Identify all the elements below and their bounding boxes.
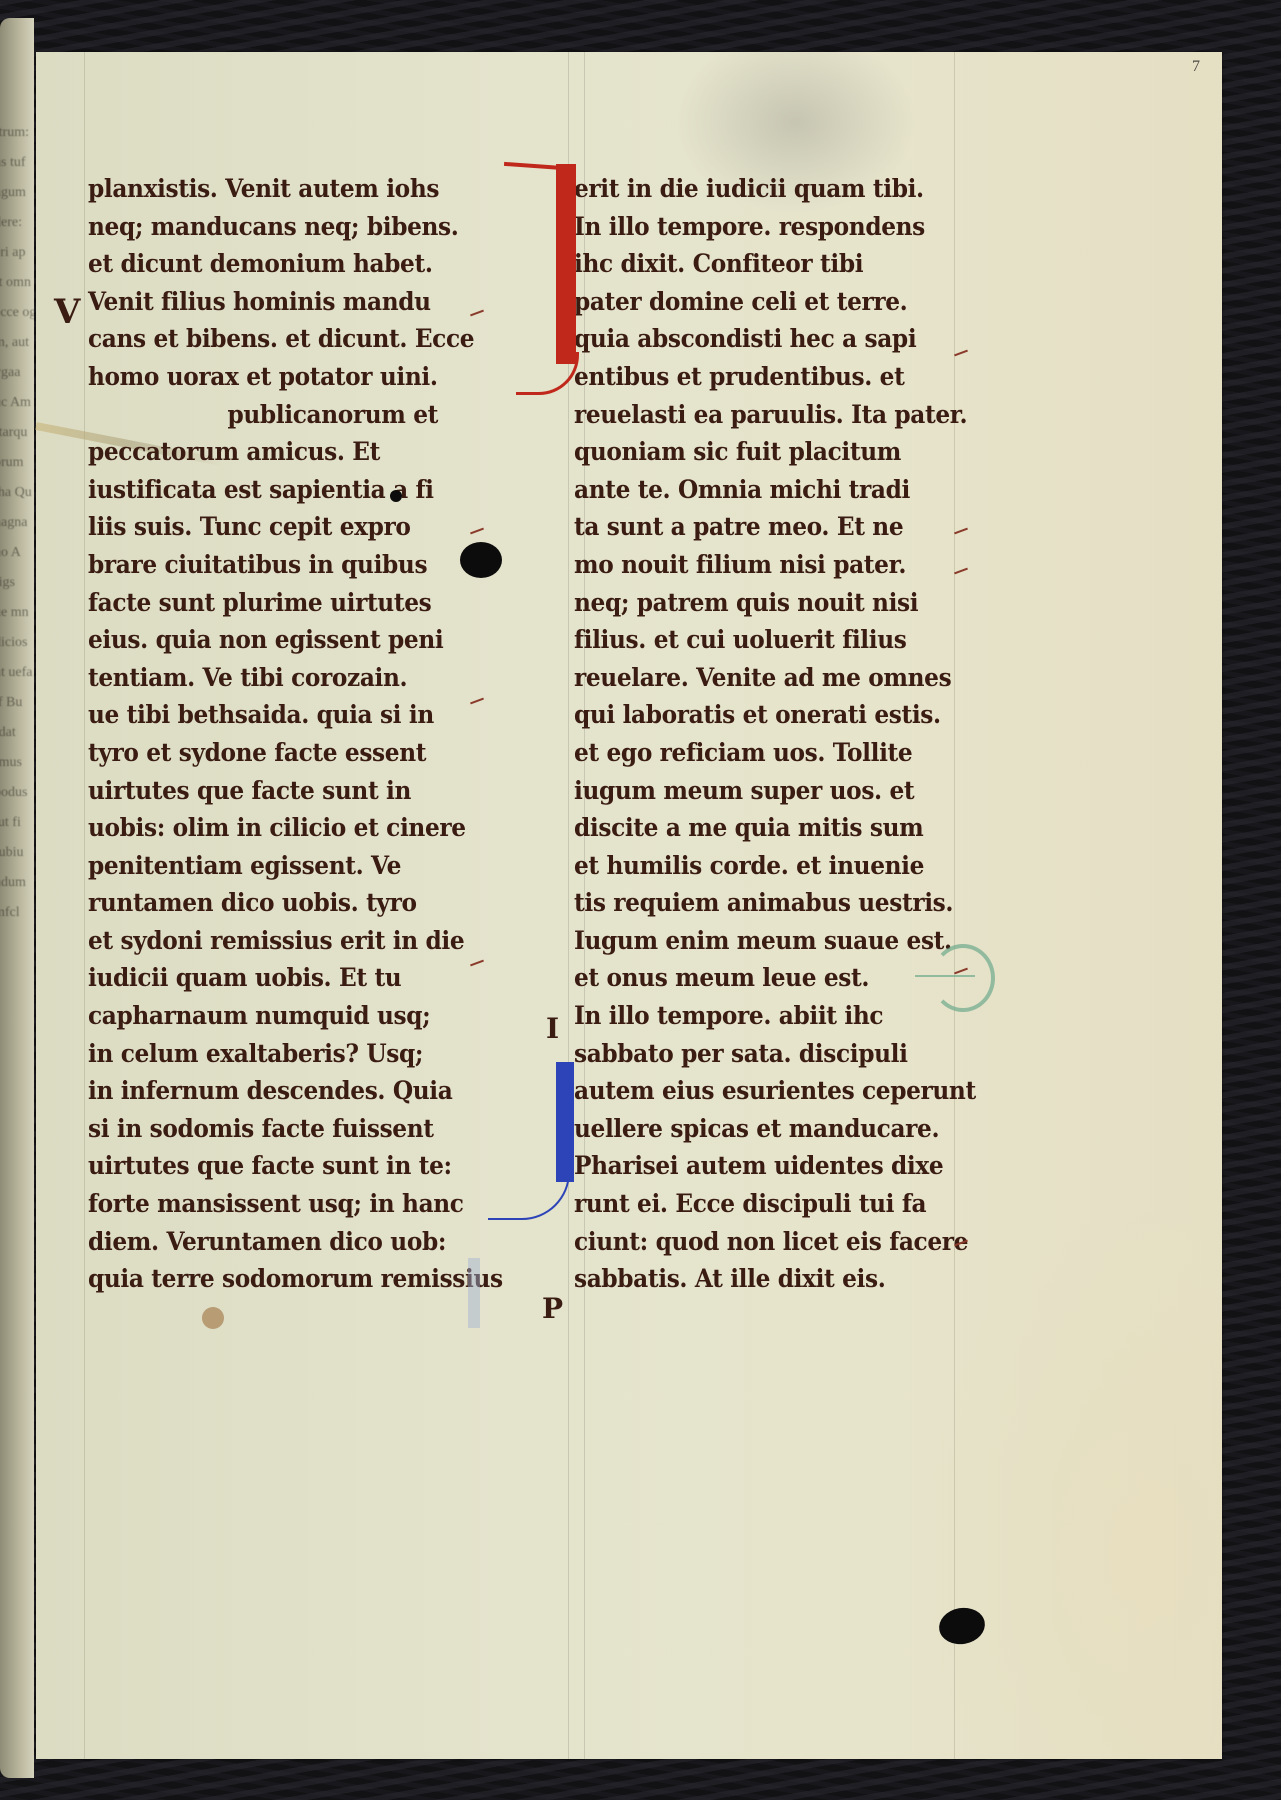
facing-page-line: dicios bbox=[0, 628, 34, 658]
facing-page-text: ftrum:ns tufngumdere:eri apft omnecce og… bbox=[0, 118, 34, 928]
facing-page-line: nagna bbox=[0, 508, 34, 538]
facing-page-line: ngum bbox=[0, 178, 34, 208]
facing-page-line: rdat bbox=[0, 718, 34, 748]
text-line: eius. quia non egissent peni bbox=[88, 621, 479, 659]
text-line: uellere spicas et manducare. bbox=[574, 1110, 965, 1148]
text-line: tis requiem animabus uestris. bbox=[574, 884, 965, 922]
text-line: ciunt: quod non licet eis facere bbox=[574, 1223, 965, 1261]
text-line: pater domine celi et terre. bbox=[574, 283, 965, 321]
text-line: Iugum enim meum suaue est. bbox=[574, 922, 965, 960]
text-line: capharnaum numquid usq; bbox=[88, 997, 479, 1035]
facing-page-line: uc Am bbox=[0, 388, 34, 418]
facing-page-line: ue mn bbox=[0, 598, 34, 628]
facing-page-line: ftrum: bbox=[0, 118, 34, 148]
text-line: iustificata est sapientia a fi bbox=[88, 471, 479, 509]
facing-page-line: rigs bbox=[0, 568, 34, 598]
facing-page-line: lut fi bbox=[0, 808, 34, 838]
text-line: planxistis. Venit autem iohs bbox=[88, 170, 479, 208]
text-line: homo uorax et potator uini. bbox=[88, 358, 479, 396]
facing-page-line: dere: bbox=[0, 208, 34, 238]
stain bbox=[202, 1307, 224, 1329]
text-line: Pharisei autem uidentes dixe bbox=[574, 1147, 965, 1185]
text-line: et sydoni remissius erit in die bbox=[88, 922, 479, 960]
facing-page-line: orum bbox=[0, 448, 34, 478]
facing-page-line: rmus bbox=[0, 748, 34, 778]
text-line: et ego reficiam uos. Tollite bbox=[574, 734, 965, 772]
text-line: ta sunt a patre meo. Et ne bbox=[574, 508, 965, 546]
text-line: in celum exaltaberis? Usq; bbox=[88, 1035, 479, 1073]
text-line: iudicii quam uobis. Et tu bbox=[88, 959, 479, 997]
text-line: et onus meum leue est. bbox=[574, 959, 965, 997]
text-line: discite a me quia mitis sum bbox=[574, 809, 965, 847]
text-line: si in sodomis facte fuissent bbox=[88, 1110, 479, 1148]
text-line: quia terre sodomorum remissius bbox=[88, 1260, 479, 1298]
text-line: uobis: olim in cilicio et cinere bbox=[88, 809, 479, 847]
facing-page-line: eri ap bbox=[0, 238, 34, 268]
text-line: quia abscondisti hec a sapi bbox=[574, 320, 965, 358]
parchment-hole bbox=[936, 1604, 988, 1647]
text-line: ue tibi bethsaida. quia si in bbox=[88, 696, 479, 734]
text-line: quoniam sic fuit placitum bbox=[574, 433, 965, 471]
blue-offset-mark bbox=[468, 1258, 480, 1328]
parchment-hole bbox=[390, 490, 402, 502]
text-line: uirtutes que facte sunt in bbox=[88, 772, 479, 810]
text-line: penitentiam egissent. Ve bbox=[88, 847, 479, 885]
blue-initial-tail bbox=[488, 1172, 570, 1220]
facing-page-line: nt uefa bbox=[0, 658, 34, 688]
text-line: neq; patrem quis nouit nisi bbox=[574, 584, 965, 622]
guide-letter-i: I bbox=[546, 1012, 559, 1045]
facing-page-line: m, aut bbox=[0, 328, 34, 358]
text-line: ihc dixit. Confiteor tibi bbox=[574, 245, 965, 283]
guide-letter-v: V bbox=[54, 292, 80, 332]
text-line: tyro et sydone facte essent bbox=[88, 734, 479, 772]
text-line: tentiam. Ve tibi corozain. bbox=[88, 659, 479, 697]
facing-page-line: rubiu bbox=[0, 838, 34, 868]
facing-page-line: vgaa bbox=[0, 358, 34, 388]
facing-page-line: no A bbox=[0, 538, 34, 568]
text-line: reuelare. Venite ad me omnes bbox=[574, 659, 965, 697]
text-line: entibus et prudentibus. et bbox=[574, 358, 965, 396]
facing-page-edge: ftrum:ns tufngumdere:eri apft omnecce og… bbox=[0, 18, 34, 1778]
left-column: planxistis. Venit autem iohsneq; manduca… bbox=[88, 170, 508, 1298]
blue-initial-i bbox=[556, 1062, 574, 1182]
text-line: In illo tempore. abiit ihc bbox=[574, 997, 965, 1035]
red-initial-tail bbox=[516, 352, 579, 395]
text-line: erit in die iudicii quam tibi. bbox=[574, 170, 965, 208]
text-line: iugum meum super uos. et bbox=[574, 772, 965, 810]
text-line: reuelasti ea paruulis. Ita pater. bbox=[574, 396, 965, 434]
text-line: runtamen dico uobis. tyro bbox=[88, 884, 479, 922]
text-line: sabbatis. At ille dixit eis. bbox=[574, 1260, 965, 1298]
text-line: publicanorum et bbox=[88, 396, 479, 434]
text-line: diem. Veruntamen dico uob: bbox=[88, 1223, 479, 1261]
text-line: filius. et cui uoluerit filius bbox=[574, 621, 965, 659]
text-line: sabbato per sata. discipuli bbox=[574, 1035, 965, 1073]
facing-page-line: if Bu bbox=[0, 688, 34, 718]
text-line: mo nouit filium nisi pater. bbox=[574, 546, 965, 584]
manuscript-leaf: 7 planxistis. Venit autem iohsneq; mandu… bbox=[36, 52, 1222, 1759]
text-line: liis suis. Tunc cepit expro bbox=[88, 508, 479, 546]
facing-page-line: ndum bbox=[0, 868, 34, 898]
facing-page-line: bodus bbox=[0, 778, 34, 808]
text-line: autem eius esurientes ceperunt bbox=[574, 1072, 965, 1110]
text-line: brare ciuitatibus in quibus bbox=[88, 546, 479, 584]
text-line: forte mansissent usq; in hanc bbox=[88, 1185, 479, 1223]
green-initial-offset-e bbox=[931, 944, 995, 1012]
ruling-line bbox=[84, 52, 85, 1759]
text-line: et humilis corde. et inuenie bbox=[574, 847, 965, 885]
text-line: qui laboratis et onerati estis. bbox=[574, 696, 965, 734]
text-line: neq; manducans neq; bibens. bbox=[88, 208, 479, 246]
text-line: peccatorum amicus. Et bbox=[88, 433, 479, 471]
text-line: cans et bibens. et dicunt. Ecce bbox=[88, 320, 479, 358]
folio-number: 7 bbox=[1192, 58, 1200, 76]
facing-page-line: ecce og bbox=[0, 298, 34, 328]
text-line: ante te. Omnia michi tradi bbox=[574, 471, 965, 509]
text-line: runt ei. Ecce discipuli tui fa bbox=[574, 1185, 965, 1223]
text-line: facte sunt plurime uirtutes bbox=[88, 584, 479, 622]
text-line: et dicunt demonium habet. bbox=[88, 245, 479, 283]
text-line: Venit filius hominis mandu bbox=[88, 283, 479, 321]
facing-page-line: ftarqu bbox=[0, 418, 34, 448]
right-column: erit in die iudicii quam tibi.In illo te… bbox=[574, 170, 994, 1298]
facing-page-line: ns tuf bbox=[0, 148, 34, 178]
text-line: uirtutes que facte sunt in te: bbox=[88, 1147, 479, 1185]
guide-letter-p: P bbox=[542, 1292, 563, 1325]
facing-page-line: mfcl bbox=[0, 898, 34, 928]
facing-page-line: tha Qu bbox=[0, 478, 34, 508]
parchment-hole bbox=[460, 542, 502, 578]
text-line: in infernum descendes. Quia bbox=[88, 1072, 479, 1110]
red-initial-i bbox=[556, 164, 576, 364]
facing-page-line: ft omn bbox=[0, 268, 34, 298]
text-line: In illo tempore. respondens bbox=[574, 208, 965, 246]
